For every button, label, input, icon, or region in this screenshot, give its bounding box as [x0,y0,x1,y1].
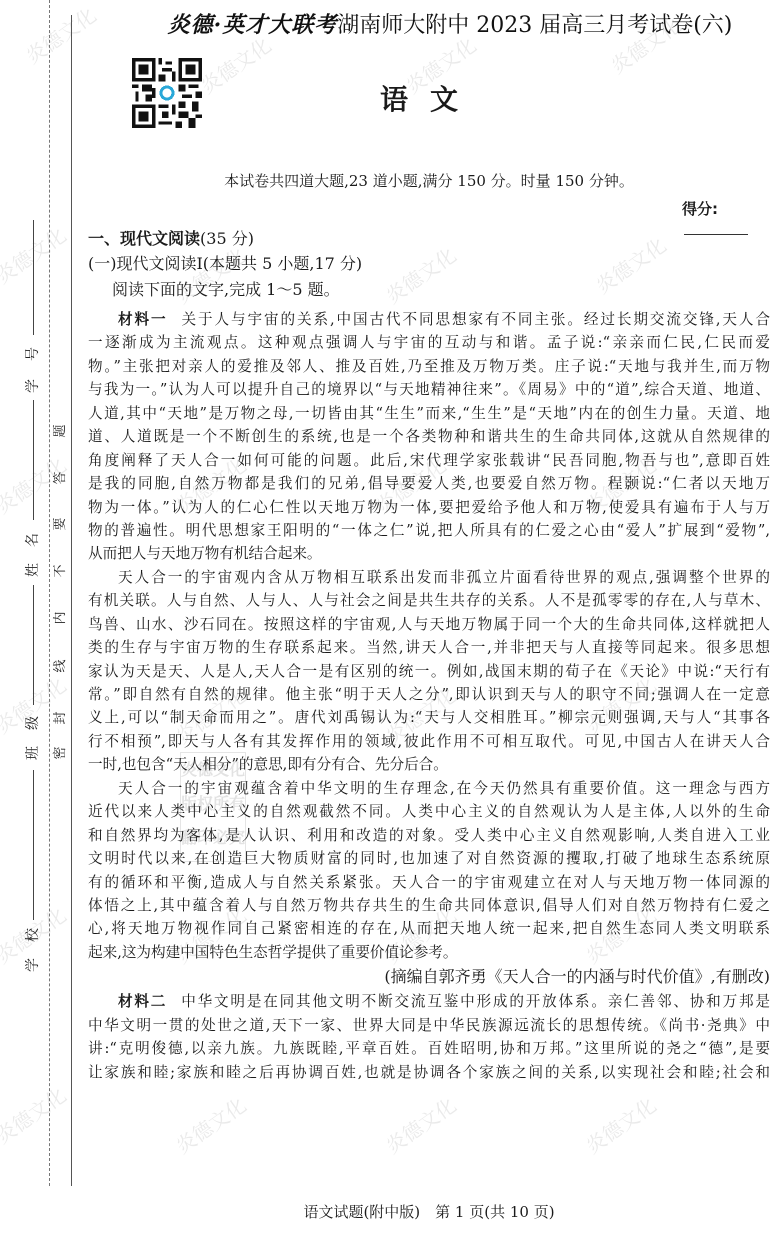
watermark-text: 炎德文化 [579,1090,661,1160]
reading-prompt: 阅读下面的文字,完成 1～5 题。 [112,277,340,300]
seal-notice-char: 答 [53,470,69,486]
score-blank[interactable] [684,234,748,235]
passage-line: 有的循环和平衡,造成人与自然关系紧张。天人合一的宇宙观建立在对人与天地万物一体同… [88,871,770,894]
passage-line: 类的生存与宇宙万物的生存联系起来。当然,讲天人合一,并非把天与人直接等同起来。很… [88,636,770,659]
passage-line: 行不相预”,即天与人各有其发挥作用的领域,彼此作用不可相互取代。可见,中国古人在… [88,730,770,753]
score-field[interactable]: 得分: [682,198,780,237]
passage-text: 关于人与宇宙的关系,中国古代不同思想家有不同主张。经过长期交流交锋,天人合 [182,311,771,328]
passage-line: 角度阐释了天人合一如何可能的问题。此后,宋代理学家张载讲“民吾同胞,物吾与也”,… [88,449,770,472]
subsection-heading: (一)现代文阅读Ⅰ(本题共 5 小题,17 分) [88,251,362,274]
student-id-field-line[interactable] [33,220,34,335]
watermark-text: 炎德文化 [379,240,461,310]
passage-line: 物。”主张把对亲人的爱推及邻人、推及百姓,乃至推及万物万类。庄子说:“天地与我并… [88,355,770,378]
passage-line: 义上,可以“制天命而用之”。唐代刘禹锡认为:“天与人交相胜耳。”柳宗元则强调,天… [88,706,770,729]
page-footer: 语文试题(附中版) 第 1 页(共 10 页) [88,1201,770,1222]
seal-notice-char: 封 [53,710,69,726]
passage-line: 人道,其中“天地”是万物之母,一切皆由其“生生”而来,“生生”是“天地”内在的创… [88,402,770,425]
margin-field-label-char: 级 [25,715,41,731]
school-field-line[interactable] [33,770,34,920]
name-field-line[interactable] [33,400,34,520]
passage-text: 中华文明是在同其他文明不断交流互鉴中形成的开放体系。亲仁善邻、协和万邦是 [181,993,770,1010]
margin-field-label-char: 姓 [25,562,41,578]
passage-line: 起来,这为构建中国特色生态哲学提供了重要价值论参考。 [88,941,770,964]
passage-line: 让家族和睦;家族和睦之后再协调百姓,也就是协调各个家族之间的关系,以实现社会和睦… [88,1061,770,1084]
passage-line: 从而把人与天地万物有机结合起来。 [88,542,770,565]
passage-line: 物的普遍性。明代思想家王阳明的“一体之仁”说,把人所具有的仁爱之心由“爱人”扩展… [88,519,770,542]
section-heading: 一、现代文阅读(35 分) [88,226,254,249]
seal-dashed-line [49,0,50,1186]
passage-line: 天人合一的宇宙观内含从万物相互联系出发而非孤立片面看待世界的观点,强调整个世界的 [88,566,770,589]
passage-line: 有机关联。人与自然、人与人、人与社会之间是共生共存的关系。人不是孤零零的存在,人… [88,589,770,612]
material-label: 材料二 [118,993,167,1010]
watermark-text: 炎德文化 [589,230,671,300]
passage-line: 一逐渐成为主流观点。这种观点强调人与宇宙的互动与和谐。孟子说:“亲亲而仁民,仁民… [88,331,770,354]
passage-line: 材料二中华文明是在同其他文明不断交流互鉴中形成的开放体系。亲仁善邻、协和万邦是 [88,990,770,1013]
margin-field-label-char: 名 [25,532,41,548]
margin-field-label-char: 号 [25,346,41,362]
score-label: 得分: [682,200,718,218]
passage-line: 天人合一的宇宙观蕴含着中华文明的生存理念,在今天仍然具有重要价值。这一理念与西方 [88,777,770,800]
passage-line: 与我为一。”认为人可以提升自己的境界以“与天地精神往来”。《周易》中的“道”,综… [88,378,770,401]
watermark-text: 炎德文化 [0,220,71,290]
qr-code-icon[interactable] [132,58,202,128]
margin-field-label-char: 学 [25,957,41,973]
seal-notice-char: 题 [53,423,69,439]
seal-notice-char: 要 [53,516,69,532]
material-label: 材料一 [118,311,168,328]
margin-field-label-char: 班 [25,745,41,761]
seal-notice-char: 不 [53,563,69,579]
exam-brand: 炎德·英才大联考 [168,12,338,38]
class-field-line[interactable] [33,585,34,705]
margin-field-label-char: 校 [25,927,41,943]
passage-line: 家认为天是天、人是人,天人合一是有区别的统一。例如,战国末期的荀子在《天论》中说… [88,660,770,683]
exam-instructions: 本试卷共四道大题,23 道小题,满分 150 分。时量 150 分钟。 [88,170,770,191]
passage-line: 物为一体。”认为人的仁心仁性以天地万物为一体,要把爱给予他人和万物,使爱具有遍布… [88,496,770,519]
margin-field-label-char: 学 [25,378,41,394]
watermark-text: 炎德文化 [379,1090,461,1160]
exam-title-text: 湖南师大附中 2023 届高三月考试卷(六) [337,13,732,38]
section-title: 一、现代文阅读 [88,229,200,248]
section-points: (35 分) [200,229,254,248]
passage-line: 一时,也包含“天人相分”的意思,即有分有合、先分后合。 [88,753,770,776]
watermark-text: 炎德文化 [0,1080,71,1150]
seal-notice-char: 密 [53,745,69,761]
passage-line: 近代以来人类中心主义的自然观截然不同。人类中心主义的自然观认为人是主体,人以外的… [88,800,770,823]
margin-solid-line [71,15,72,1186]
passage-line: 和自然界均为客体,是人认识、利用和改造的对象。受人类中心主义自然观影响,人类自进… [88,824,770,847]
passage-line: 道、人道既是一个不断创生的系统,也是一个各类物种和谐共生的生命共同体,这就从自然… [88,425,770,448]
passage-line: 心,将天地万物视作同自己紧密相连的存在,从而把天地人统一起来,把自然生态同人类文… [88,917,770,940]
passage-line: 常。”即自然有自然的规律。他主张“明于天人之分”,即认识到天与人的职守不同;强调… [88,683,770,706]
passage-source: (摘编自郭齐勇《天人合一的内涵与时代价值》,有删改) [88,964,770,990]
subject-title: 语文 [380,78,480,118]
passage-line: 是我的同胞,自然万物都是我们的兄弟,倡导要爱人类,也要爱自然万物。程颢说:“仁者… [88,472,770,495]
exam-title: 炎德·英才大联考湖南师大附中 2023 届高三月考试卷(六) [130,10,770,41]
passage-line: 文明时代以来,在创造巨大物质财富的同时,也加速了对自然资源的攫取,打破了地球生态… [88,847,770,870]
watermark-text: 炎德文化 [169,1090,251,1160]
watermark-text: 炎德文化 [19,0,101,69]
passage-line: 讲:“克明俊德,以亲九族。九族既睦,平章百姓。百姓昭明,协和万邦。”这里所说的尧… [88,1037,770,1060]
seal-notice-char: 内 [53,610,69,626]
reading-passage: 材料一关于人与宇宙的关系,中国古代不同思想家有不同主张。经过长期交流交锋,天人合… [88,308,770,1084]
passage-line: 中华文明一贯的处世之道,天下一家、世界大同是中华民族源远流长的思想传统。《尚书·… [88,1014,770,1037]
passage-line: 体悟之上,其中蕴含着人与自然万物共存共生的生命共同体意识,倡导人们对自然万物持有… [88,894,770,917]
seal-notice-char: 线 [53,658,69,674]
passage-line: 材料一关于人与宇宙的关系,中国古代不同思想家有不同主张。经过长期交流交锋,天人合 [88,308,770,331]
passage-line: 鸟兽、山水、沙石同在。按照这样的宇宙观,人与天地万物属于同一个大的生命共同体,这… [88,613,770,636]
